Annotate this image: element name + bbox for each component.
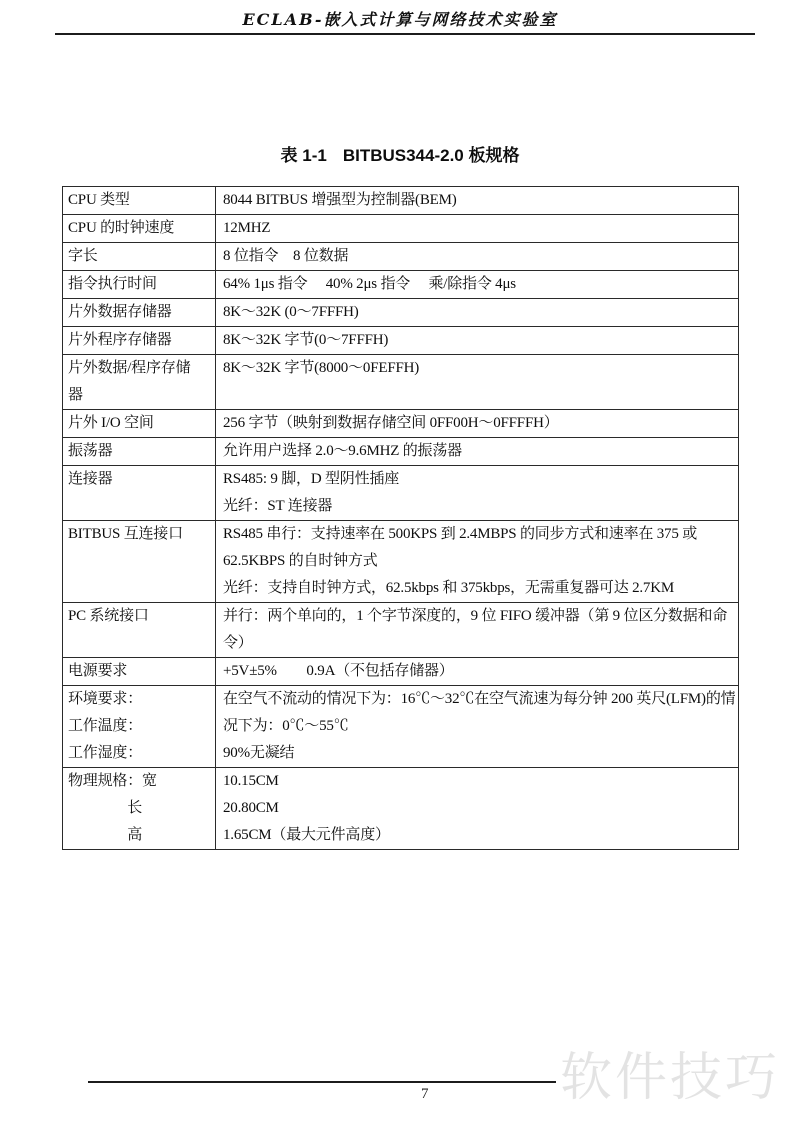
spec-label-cell: 字长	[63, 243, 216, 270]
spec-value-cell: 在空气不流动的情况下为：16℃～32℃在空气流速为每分钟 200 英尺(LFM)…	[216, 686, 738, 767]
page-number: 7	[421, 1086, 429, 1103]
table-row: CPU 类型8044 BITBUS 增强型为控制器(BEM)	[63, 187, 738, 215]
spec-value-cell: 8K～32K (0～7FFFH)	[216, 299, 738, 326]
spec-label-cell: 片外数据/程序存储器	[63, 355, 216, 409]
spec-label-line: 物理规格：宽	[68, 768, 212, 795]
spec-label-line: 工作温度：	[68, 713, 212, 740]
header-divider	[55, 33, 755, 35]
table-caption-title: BITBUS344-2.0 板规格	[343, 146, 520, 165]
table-row: 连接器RS485: 9 脚，D 型阴性插座光纤：ST 连接器	[63, 466, 738, 521]
spec-label-cell: 片外 I/O 空间	[63, 410, 216, 437]
spec-value-line: RS485 串行：支持速率在 500KPS 到 2.4MBPS 的同步方式和速率…	[223, 521, 736, 548]
table-caption-number: 表 1-1	[281, 146, 327, 165]
spec-value-line: 并行：两个单向的，1 个字节深度的，9 位 FIFO 缓冲器（第 9 位区分数据…	[223, 603, 736, 630]
watermark: 软件技巧	[560, 1035, 780, 1110]
spec-label-cell: 连接器	[63, 466, 216, 520]
spec-value-cell: 并行：两个单向的，1 个字节深度的，9 位 FIFO 缓冲器（第 9 位区分数据…	[216, 603, 738, 657]
spec-label-line: 电源要求	[68, 658, 212, 685]
table-row: 振荡器允许用户选择 2.0～9.6MHZ 的振荡器	[63, 438, 738, 466]
footer-divider	[88, 1081, 556, 1083]
spec-value-cell: RS485: 9 脚，D 型阴性插座光纤：ST 连接器	[216, 466, 738, 520]
spec-value-cell: RS485 串行：支持速率在 500KPS 到 2.4MBPS 的同步方式和速率…	[216, 521, 738, 602]
spec-value-line: +5V±5% 0.9A（不包括存储器）	[223, 658, 736, 685]
spec-value-line: 允许用户选择 2.0～9.6MHZ 的振荡器	[223, 438, 736, 465]
spec-value-line: 光纤：ST 连接器	[223, 493, 736, 520]
spec-value-cell: 允许用户选择 2.0～9.6MHZ 的振荡器	[216, 438, 738, 465]
spec-value-line: 12MHZ	[223, 215, 736, 242]
table-row: 指令执行时间64% 1μs 指令 40% 2μs 指令 乘/除指令 4μs	[63, 271, 738, 299]
spec-value-line: 64% 1μs 指令 40% 2μs 指令 乘/除指令 4μs	[223, 271, 736, 298]
spec-value-line: 8K～32K (0～7FFFH)	[223, 299, 736, 326]
table-row: 片外程序存储器8K～32K 字节(0～7FFFH)	[63, 327, 738, 355]
spec-value-line: 令）	[223, 630, 736, 657]
spec-label-line: 片外数据存储器	[68, 299, 212, 326]
spec-value-line: 1.65CM（最大元件高度）	[223, 822, 736, 849]
spec-label-cell: 环境要求：工作温度：工作湿度：	[63, 686, 216, 767]
spec-label-line: CPU 类型	[68, 187, 212, 214]
spec-value-cell: 64% 1μs 指令 40% 2μs 指令 乘/除指令 4μs	[216, 271, 738, 298]
table-row: 物理规格：宽 长 高10.15CM20.80CM1.65CM（最大元件高度）	[63, 768, 738, 849]
spec-label-line: PC 系统接口	[68, 603, 212, 630]
spec-value-line: RS485: 9 脚，D 型阴性插座	[223, 466, 736, 493]
spec-label-line: 器	[68, 382, 212, 409]
table-row: CPU 的时钟速度12MHZ	[63, 215, 738, 243]
table-row: PC 系统接口并行：两个单向的，1 个字节深度的，9 位 FIFO 缓冲器（第 …	[63, 603, 738, 658]
spec-value-line: 光纤：支持自时钟方式，62.5kbps 和 375kbps，无需重复器可达 2.…	[223, 575, 736, 602]
spec-value-line: 10.15CM	[223, 768, 736, 795]
spec-label-line: 指令执行时间	[68, 271, 212, 298]
spec-value-line: 况下为：0℃～55℃	[223, 713, 736, 740]
table-caption: 表 1-1BITBUS344-2.0 板规格	[0, 141, 800, 166]
spec-label-cell: BITBUS 互连接口	[63, 521, 216, 602]
spec-label-cell: 振荡器	[63, 438, 216, 465]
spec-label-line: 工作湿度：	[68, 740, 212, 767]
spec-label-cell: 片外程序存储器	[63, 327, 216, 354]
spec-value-line: 8K～32K 字节(8000～0FEFFH)	[223, 355, 736, 382]
spec-label-cell: 电源要求	[63, 658, 216, 685]
spec-value-line: 8K～32K 字节(0～7FFFH)	[223, 327, 736, 354]
spec-value-line: 90%无凝结	[223, 740, 736, 767]
spec-value-cell: +5V±5% 0.9A（不包括存储器）	[216, 658, 738, 685]
spec-value-line: 8044 BITBUS 增强型为控制器(BEM)	[223, 187, 736, 214]
table-row: BITBUS 互连接口RS485 串行：支持速率在 500KPS 到 2.4MB…	[63, 521, 738, 603]
spec-label-line: 高	[68, 822, 212, 849]
spec-label-line: 字长	[68, 243, 212, 270]
spec-label-line: 环境要求：	[68, 686, 212, 713]
spec-label-line: CPU 的时钟速度	[68, 215, 212, 242]
spec-label-line: 片外数据/程序存储	[68, 355, 212, 382]
spec-label-cell: 片外数据存储器	[63, 299, 216, 326]
spec-label-line: 连接器	[68, 466, 212, 493]
spec-value-line: 8 位指令 8 位数据	[223, 243, 736, 270]
spec-label-line: BITBUS 互连接口	[68, 521, 212, 548]
header-title: ECLAB-嵌入式计算与网络技术实验室	[0, 7, 800, 30]
table-row: 电源要求+5V±5% 0.9A（不包括存储器）	[63, 658, 738, 686]
spec-value-line: 256 字节（映射到数据存储空间 0FF00H～0FFFFH）	[223, 410, 736, 437]
spec-value-line: 62.5KBPS 的自时钟方式	[223, 548, 736, 575]
spec-value-cell: 8 位指令 8 位数据	[216, 243, 738, 270]
spec-value-cell: 8044 BITBUS 增强型为控制器(BEM)	[216, 187, 738, 214]
table-row: 字长8 位指令 8 位数据	[63, 243, 738, 271]
spec-value-cell: 12MHZ	[216, 215, 738, 242]
spec-label-cell: PC 系统接口	[63, 603, 216, 657]
spec-value-line: 在空气不流动的情况下为：16℃～32℃在空气流速为每分钟 200 英尺(LFM)…	[223, 686, 736, 713]
spec-value-cell: 8K～32K 字节(0～7FFFH)	[216, 327, 738, 354]
spec-label-line: 长	[68, 795, 212, 822]
table-row: 片外 I/O 空间256 字节（映射到数据存储空间 0FF00H～0FFFFH）	[63, 410, 738, 438]
table-row: 片外数据存储器8K～32K (0～7FFFH)	[63, 299, 738, 327]
document-page: ECLAB-嵌入式计算与网络技术实验室 表 1-1BITBUS344-2.0 板…	[0, 0, 800, 1130]
spec-value-cell: 8K～32K 字节(8000～0FEFFH)	[216, 355, 738, 409]
spec-label-cell: CPU 的时钟速度	[63, 215, 216, 242]
spec-table: CPU 类型8044 BITBUS 增强型为控制器(BEM)CPU 的时钟速度1…	[62, 186, 739, 850]
spec-value-cell: 10.15CM20.80CM1.65CM（最大元件高度）	[216, 768, 738, 849]
spec-label-line: 振荡器	[68, 438, 212, 465]
table-row: 片外数据/程序存储器8K～32K 字节(8000～0FEFFH)	[63, 355, 738, 410]
spec-label-line: 片外 I/O 空间	[68, 410, 212, 437]
spec-label-cell: CPU 类型	[63, 187, 216, 214]
spec-label-line: 片外程序存储器	[68, 327, 212, 354]
spec-value-cell: 256 字节（映射到数据存储空间 0FF00H～0FFFFH）	[216, 410, 738, 437]
spec-label-cell: 物理规格：宽 长 高	[63, 768, 216, 849]
table-row: 环境要求：工作温度：工作湿度：在空气不流动的情况下为：16℃～32℃在空气流速为…	[63, 686, 738, 768]
spec-value-line: 20.80CM	[223, 795, 736, 822]
spec-label-cell: 指令执行时间	[63, 271, 216, 298]
